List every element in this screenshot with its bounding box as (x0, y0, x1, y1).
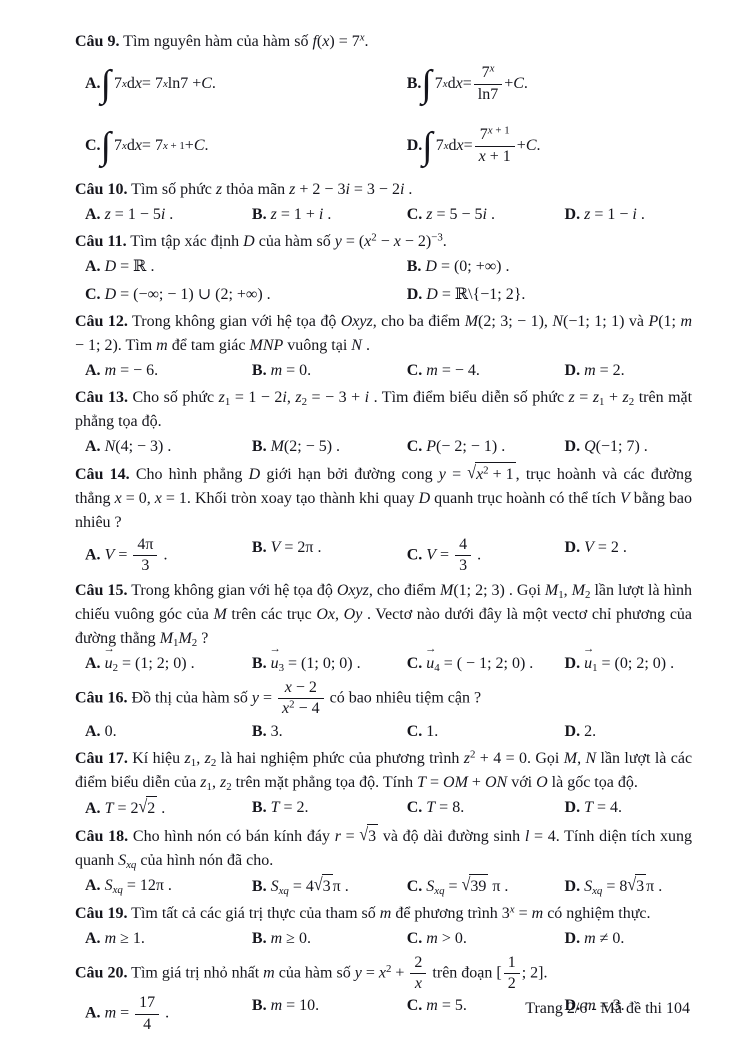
option-D: D. m ≠ 0. (565, 927, 692, 951)
page-footer: Trang 2/6 - Mã đề thi 104 (525, 1000, 690, 1018)
question-stem: Câu 19. Tìm tất cả các giá trị thực của … (75, 902, 692, 926)
option-C: C. z = 5 − 5i . (407, 203, 565, 227)
question-number: Câu 10. (75, 181, 127, 198)
fraction: 2x (410, 954, 426, 994)
square-root: √3 (627, 874, 646, 899)
option-C: C. P(− 2; − 1) . (407, 435, 565, 459)
option-letter: B. (407, 258, 422, 275)
option-letter: A. (85, 72, 101, 96)
question-16: Câu 16. Đồ thị của hàm số y = x − 2x2 − … (75, 679, 692, 744)
question-stem: Câu 11. Tìm tập xác định D của hàm số y … (75, 230, 692, 254)
square-root: √2 (139, 796, 158, 821)
option-letter: C. (407, 723, 423, 740)
square-root: √x2 + 1 (467, 462, 515, 487)
option-letter: B. (252, 997, 267, 1014)
option-B: B. M(2; − 5) . (252, 435, 407, 459)
option-A: A. 0. (85, 720, 252, 744)
option-letter: D. (565, 799, 581, 816)
options-row: A. D = ℝ .B. D = (0; +∞) .C. D = (−∞; − … (75, 255, 692, 307)
question-12: Câu 12. Trong không gian với hệ tọa độ O… (75, 310, 692, 383)
option-C: C. m = − 4. (407, 359, 565, 383)
option-letter: A. (85, 1005, 101, 1022)
option-letter: C. (407, 206, 423, 223)
question-number: Câu 13. (75, 389, 128, 406)
options-row: A. ∫7xdx = 7xln7 + C .B. ∫7xdx = 7xln7 +… (75, 55, 692, 175)
option-D: D. D = ℝ\{−1; 2}. (407, 283, 692, 307)
square-root: √3 (359, 824, 378, 849)
option-letter: D. (407, 134, 423, 158)
option-letter: D. (565, 655, 581, 672)
question-18: Câu 18. Cho hình nón có bán kính đáy r =… (75, 824, 692, 899)
option-letter: C. (407, 799, 423, 816)
options-row: A. N(4; − 3) .B. M(2; − 5) .C. P(− 2; − … (75, 435, 692, 459)
question-20: Câu 20. Tìm giá trị nhỏ nhất m của hàm s… (75, 954, 692, 1035)
option-letter: D. (565, 438, 581, 455)
fraction: 7xln7 (474, 64, 502, 104)
option-C: C. D = (−∞; − 1) ∪ (2; +∞) . (85, 283, 407, 307)
option-letter: C. (407, 930, 423, 947)
option-A: A. m = 174 . (85, 994, 252, 1034)
option-D: D. 2. (565, 720, 692, 744)
square-root: √3 (314, 874, 333, 899)
question-stem: Câu 13. Cho số phức z1 = 1 − 2i, z2 = − … (75, 386, 692, 434)
option-B: B. 3. (252, 720, 407, 744)
question-stem: Câu 10. Tìm số phức z thỏa mãn z + 2 − 3… (75, 178, 692, 202)
question-stem: Câu 14. Cho hình phẳng D giới hạn bởi đư… (75, 462, 692, 535)
option-B: B. z = 1 + i . (252, 203, 407, 227)
vector: →u (584, 652, 592, 676)
question-number: Câu 11. (75, 233, 127, 250)
option-B: B. m = 10. (252, 994, 407, 1034)
question-stem: Câu 18. Cho hình nón có bán kính đáy r =… (75, 824, 692, 873)
fraction: x − 2x2 − 4 (278, 679, 324, 719)
fraction: 174 (135, 994, 159, 1034)
option-letter: B. (407, 72, 422, 96)
option-letter: A. (85, 800, 101, 817)
question-stem: Câu 9. Tìm nguyên hàm của hàm số f(x) = … (75, 30, 692, 54)
option-letter: D. (565, 206, 581, 223)
option-letter: B. (252, 206, 267, 223)
option-B: B. ∫7xdx = 7xln7 + C . (407, 55, 692, 113)
option-letter: C. (407, 997, 423, 1014)
option-letter: A. (85, 655, 101, 672)
option-A: A. Sxq = 12π . (85, 874, 252, 899)
option-letter: A. (85, 258, 101, 275)
option-A: A. m ≥ 1. (85, 927, 252, 951)
question-14: Câu 14. Cho hình phẳng D giới hạn bởi đư… (75, 462, 692, 576)
option-letter: C. (407, 438, 423, 455)
option-A: A. T = 2√2 . (85, 796, 252, 821)
option-letter: A. (85, 930, 101, 947)
option-letter: B. (252, 930, 267, 947)
question-number: Câu 15. (75, 582, 127, 599)
option-D: D. T = 4. (565, 796, 692, 821)
fraction: 43 (455, 536, 471, 576)
exam-page: Câu 9. Tìm nguyên hàm của hàm số f(x) = … (0, 0, 750, 1061)
option-D: D. m = 2. (565, 359, 692, 383)
option-D: D. →u1 = (0; 2; 0) . (565, 652, 692, 676)
option-D: D. z = 1 − i . (565, 203, 692, 227)
options-row: A. m ≥ 1.B. m ≥ 0.C. m > 0.D. m ≠ 0. (75, 927, 692, 951)
option-C: C. ∫7xdx = 7x + 1 + C . (85, 117, 407, 175)
question-number: Câu 12. (75, 313, 128, 330)
option-letter: D. (565, 723, 581, 740)
question-number: Câu 20. (75, 964, 127, 981)
question-15: Câu 15. Trong không gian với hệ tọa độ O… (75, 579, 692, 676)
question-stem: Câu 12. Trong không gian với hệ tọa độ O… (75, 310, 692, 358)
vector: →u (426, 652, 434, 676)
option-letter: D. (565, 930, 581, 947)
question-number: Câu 9. (75, 33, 119, 50)
question-17: Câu 17. Kí hiệu z1, z2 là hai nghiệm phứ… (75, 747, 692, 821)
vector: →u (271, 652, 279, 676)
vector: →u (105, 652, 113, 676)
option-letter: D. (565, 539, 581, 556)
option-C: C. →u4 = ( − 1; 2; 0) . (407, 652, 565, 676)
option-B: B. D = (0; +∞) . (407, 255, 692, 279)
question-number: Câu 18. (75, 828, 128, 845)
question-number: Câu 14. (75, 466, 130, 483)
fraction: 4π3 (133, 536, 157, 576)
questions-list: Câu 9. Tìm nguyên hàm của hàm số f(x) = … (75, 30, 692, 1034)
option-letter: A. (85, 206, 101, 223)
option-letter: B. (252, 539, 267, 556)
question-number: Câu 19. (75, 905, 127, 922)
option-A: A. N(4; − 3) . (85, 435, 252, 459)
option-letter: C. (407, 362, 423, 379)
option-letter: A. (85, 362, 101, 379)
option-letter: C. (407, 547, 423, 564)
question-13: Câu 13. Cho số phức z1 = 1 − 2i, z2 = − … (75, 386, 692, 459)
option-B: B. m = 0. (252, 359, 407, 383)
option-A: A. z = 1 − 5i . (85, 203, 252, 227)
question-stem: Câu 15. Trong không gian với hệ tọa độ O… (75, 579, 692, 651)
fraction: 12 (504, 954, 520, 994)
option-C: C. V = 43 . (407, 536, 565, 576)
options-row: A. Sxq = 12π .B. Sxq = 4√3π .C. Sxq = √3… (75, 874, 692, 899)
question-stem: Câu 16. Đồ thị của hàm số y = x − 2x2 − … (75, 679, 692, 719)
option-B: B. V = 2π . (252, 536, 407, 576)
option-letter: B. (252, 438, 267, 455)
option-D: D. Sxq = 8√3π . (565, 874, 692, 899)
question-number: Câu 17. (75, 750, 128, 767)
option-letter: C. (85, 286, 101, 303)
question-stem: Câu 17. Kí hiệu z1, z2 là hai nghiệm phứ… (75, 747, 692, 795)
option-B: B. m ≥ 0. (252, 927, 407, 951)
option-letter: A. (85, 723, 101, 740)
option-letter: B. (252, 723, 267, 740)
option-letter: C. (407, 878, 423, 895)
question-stem: Câu 20. Tìm giá trị nhỏ nhất m của hàm s… (75, 954, 692, 994)
options-row: A. T = 2√2 .B. T = 2.C. T = 8.D. T = 4. (75, 796, 692, 821)
option-B: B. Sxq = 4√3π . (252, 874, 407, 899)
question-11: Câu 11. Tìm tập xác định D của hàm số y … (75, 230, 692, 307)
option-A: A. →u2 = (1; 2; 0) . (85, 652, 252, 676)
options-row: A. 0.B. 3.C. 1.D. 2. (75, 720, 692, 744)
option-letter: D. (565, 878, 581, 895)
question-number: Câu 16. (75, 689, 127, 706)
options-row: A. →u2 = (1; 2; 0) .B. →u3 = (1; 0; 0) .… (75, 652, 692, 676)
option-A: A. m = − 6. (85, 359, 252, 383)
option-A: A. V = 4π3 . (85, 536, 252, 576)
option-letter: B. (252, 799, 267, 816)
option-letter: D. (565, 362, 581, 379)
option-C: C. Sxq = √39 π . (407, 874, 565, 899)
option-letter: B. (252, 655, 267, 672)
question-19: Câu 19. Tìm tất cả các giá trị thực của … (75, 902, 692, 951)
option-A: A. D = ℝ . (85, 255, 407, 279)
option-D: D. Q(−1; 7) . (565, 435, 692, 459)
option-letter: B. (252, 878, 267, 895)
option-B: B. →u3 = (1; 0; 0) . (252, 652, 407, 676)
option-D: D. ∫7xdx = 7x + 1x + 1 + C . (407, 117, 692, 175)
option-letter: C. (85, 134, 101, 158)
options-row: A. V = 4π3 .B. V = 2π .C. V = 43 .D. V =… (75, 536, 692, 576)
option-C: C. T = 8. (407, 796, 565, 821)
option-letter: A. (85, 877, 101, 894)
option-D: D. V = 2 . (565, 536, 692, 576)
options-row: A. z = 1 − 5i .B. z = 1 + i .C. z = 5 − … (75, 203, 692, 227)
option-letter: A. (85, 438, 101, 455)
option-A: A. ∫7xdx = 7xln7 + C . (85, 55, 407, 113)
option-letter: C. (407, 655, 423, 672)
option-C: C. 1. (407, 720, 565, 744)
option-B: B. T = 2. (252, 796, 407, 821)
options-row: A. m = − 6.B. m = 0.C. m = − 4.D. m = 2. (75, 359, 692, 383)
question-10: Câu 10. Tìm số phức z thỏa mãn z + 2 − 3… (75, 178, 692, 227)
fraction: 7x + 1x + 1 (475, 126, 515, 166)
option-letter: A. (85, 547, 101, 564)
question-9: Câu 9. Tìm nguyên hàm của hàm số f(x) = … (75, 30, 692, 175)
square-root: √39 (462, 874, 489, 899)
option-letter: D. (407, 286, 423, 303)
option-C: C. m > 0. (407, 927, 565, 951)
option-letter: B. (252, 362, 267, 379)
